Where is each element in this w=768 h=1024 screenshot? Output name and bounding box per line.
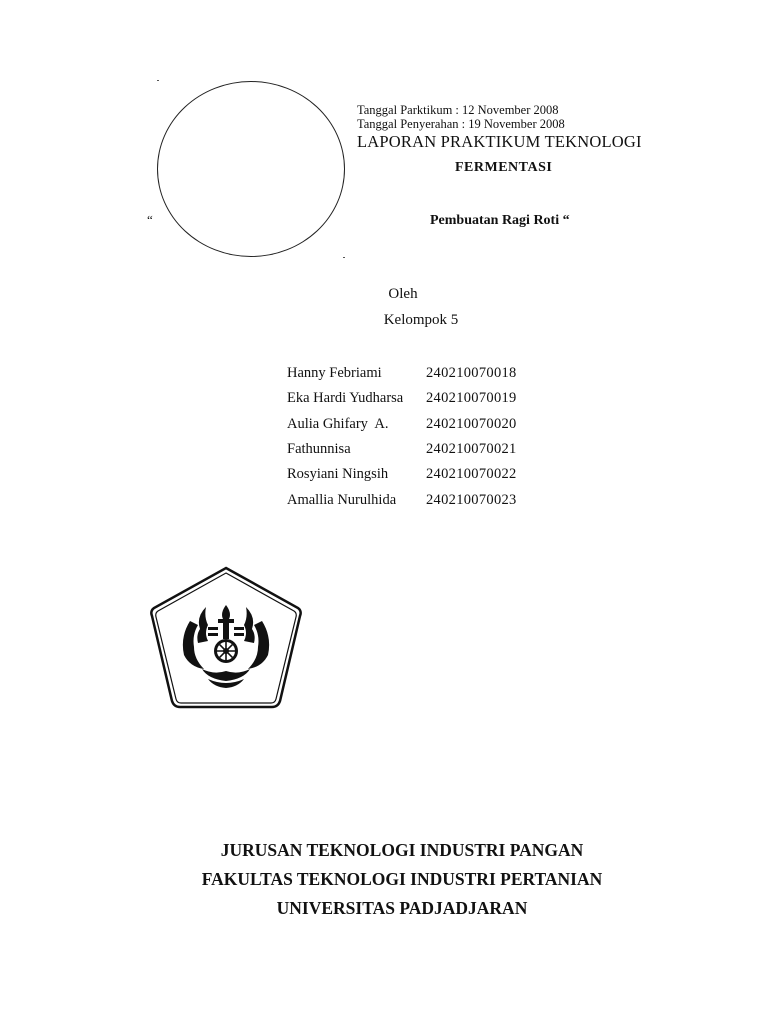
department-name: JURUSAN TEKNOLOGI INDUSTRI PANGAN (0, 840, 768, 861)
member-row: Fathunnisa 240210070021 (287, 437, 517, 462)
empty-circle-shape (157, 81, 345, 257)
member-row: Rosyiani Ningsih 240210070022 (287, 462, 517, 487)
member-npm: 240210070022 (426, 466, 517, 483)
member-name: Hanny Febriami (287, 365, 426, 382)
practicum-date: Tanggal Parktikum : 12 November 2008 (357, 103, 559, 117)
member-npm: 240210070023 (426, 492, 517, 509)
report-title-line2: FERMENTASI (455, 160, 552, 176)
member-name: Rosyiani Ningsih (287, 466, 426, 483)
member-list: Hanny Febriami 240210070018 Eka Hardi Yu… (287, 361, 517, 513)
stray-mark (157, 80, 159, 81)
member-name: Eka Hardi Yudharsa (287, 390, 426, 407)
member-name: Amallia Nurulhida (287, 492, 426, 509)
report-title-line1: LAPORAN PRAKTIKUM TEKNOLOGI (357, 132, 642, 152)
member-row: Aulia Ghifary A. 240210070020 (287, 412, 517, 437)
university-emblem-icon (146, 563, 306, 713)
report-subtitle: Pembuatan Ragi Roti “ (430, 213, 570, 229)
member-npm: 240210070020 (426, 416, 517, 433)
member-npm: 240210070019 (426, 390, 517, 407)
university-name: UNIVERSITAS PADJADJARAN (0, 898, 768, 919)
member-row: Eka Hardi Yudharsa 240210070019 (287, 386, 517, 411)
member-row: Hanny Febriami 240210070018 (287, 361, 517, 386)
opening-quote: “ (147, 212, 153, 228)
group-label: Kelompok 5 (37, 312, 768, 329)
faculty-name: FAKULTAS TEKNOLOGI INDUSTRI PERTANIAN (0, 869, 768, 890)
by-label: Oleh (19, 286, 768, 303)
member-npm: 240210070021 (426, 441, 517, 458)
member-row: Amallia Nurulhida 240210070023 (287, 487, 517, 512)
member-name: Fathunnisa (287, 441, 426, 458)
submission-date: Tanggal Penyerahan : 19 November 2008 (357, 117, 565, 131)
stray-mark (343, 257, 345, 258)
member-npm: 240210070018 (426, 365, 517, 382)
member-name: Aulia Ghifary A. (287, 416, 426, 433)
